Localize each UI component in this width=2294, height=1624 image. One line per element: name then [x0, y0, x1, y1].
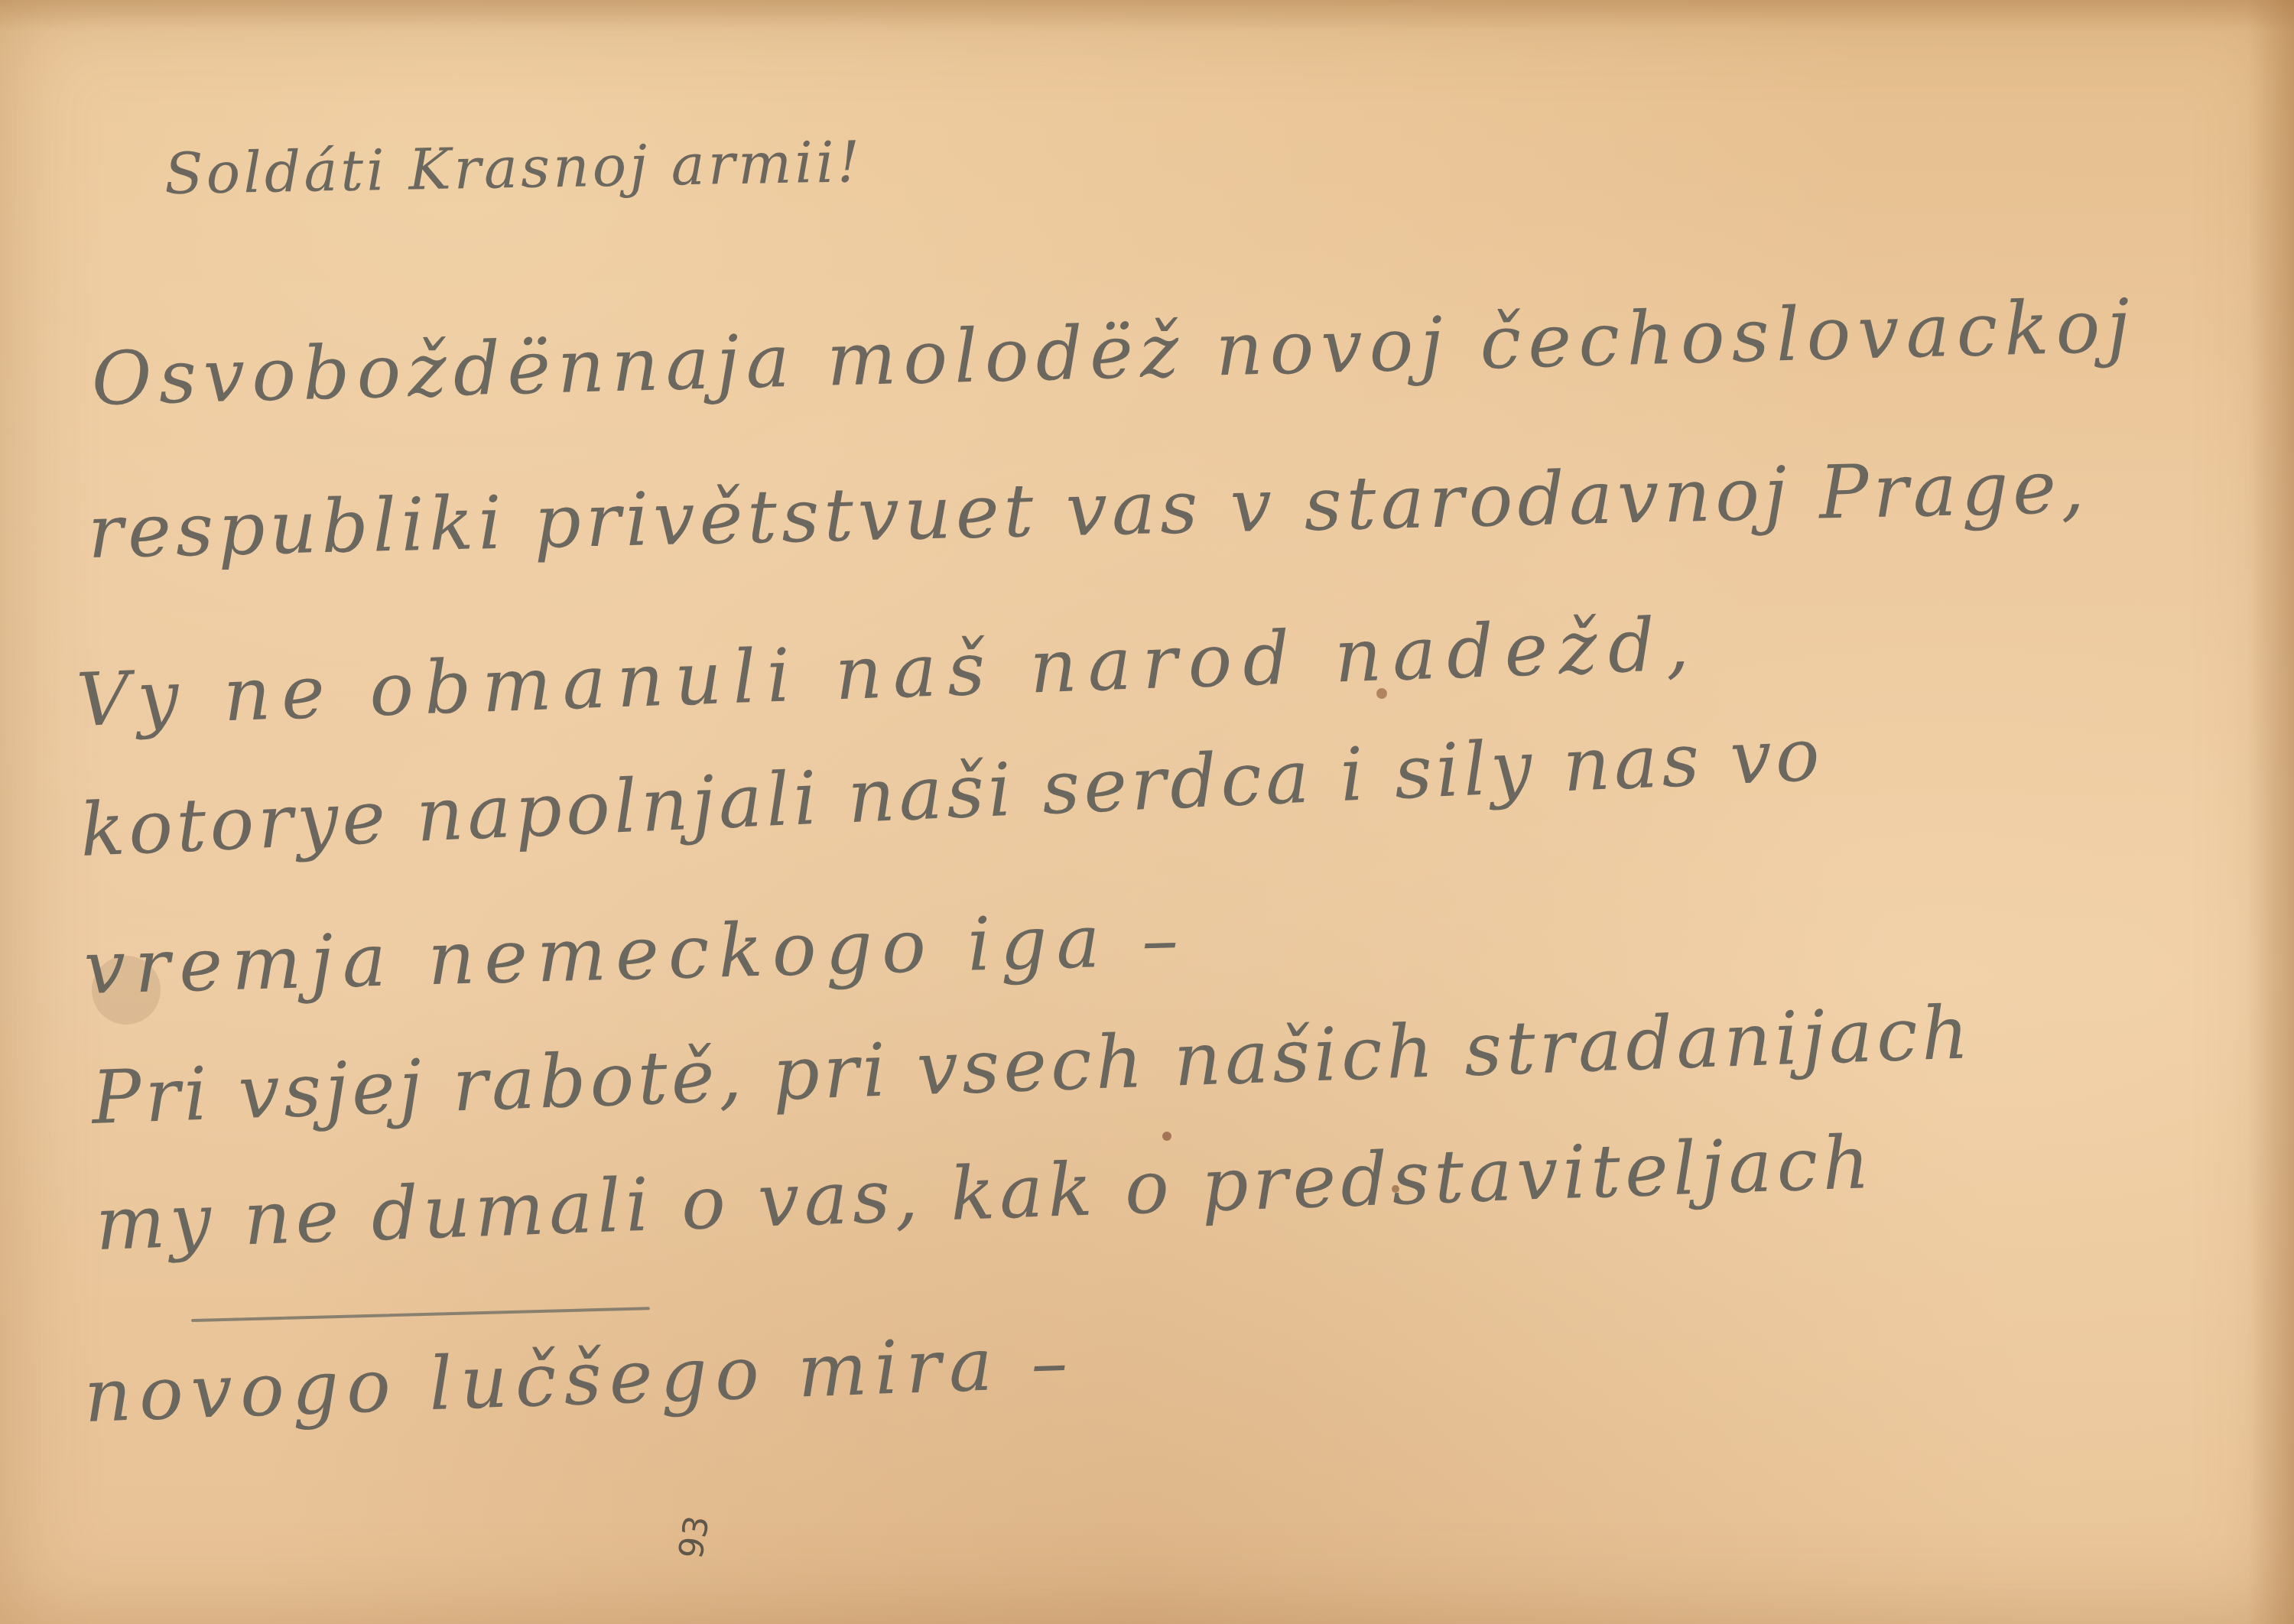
salutation: Soldáti Krasnoj armii! — [164, 129, 863, 207]
paper-sheet: Soldáti Krasnoj armii! Osvoboždënnaja mo… — [0, 0, 2294, 1624]
letter-line-4: kotorye napolnjali naši serdca i sily na… — [79, 712, 1825, 873]
letter-line-3: Vy ne obmanuli naš narod nadežd, — [75, 601, 1701, 743]
paper-edge-right — [2248, 0, 2294, 1624]
letter-line-1: Osvoboždënnaja molodëž novoj čechoslovac… — [91, 283, 2138, 422]
pencil-underline — [191, 1307, 650, 1322]
letter-line-6: Pri vsjej rabotě, pri vsech našich strad… — [90, 989, 1974, 1141]
letter-line-2: respubliki privětstvuet vas v starodavno… — [87, 444, 2090, 575]
paper-edge-top — [0, 0, 2294, 31]
stray-pencil-mark: 93 — [671, 1512, 717, 1561]
letter-line-5: vremja nemeckogo iga – — [83, 896, 1189, 1011]
paper-stain — [1162, 1132, 1171, 1141]
letter-line-7: my ne dumali o vas, kak o predstavitelja… — [94, 1119, 1876, 1267]
letter-line-8: novogo lučšego mira – — [83, 1319, 1077, 1439]
